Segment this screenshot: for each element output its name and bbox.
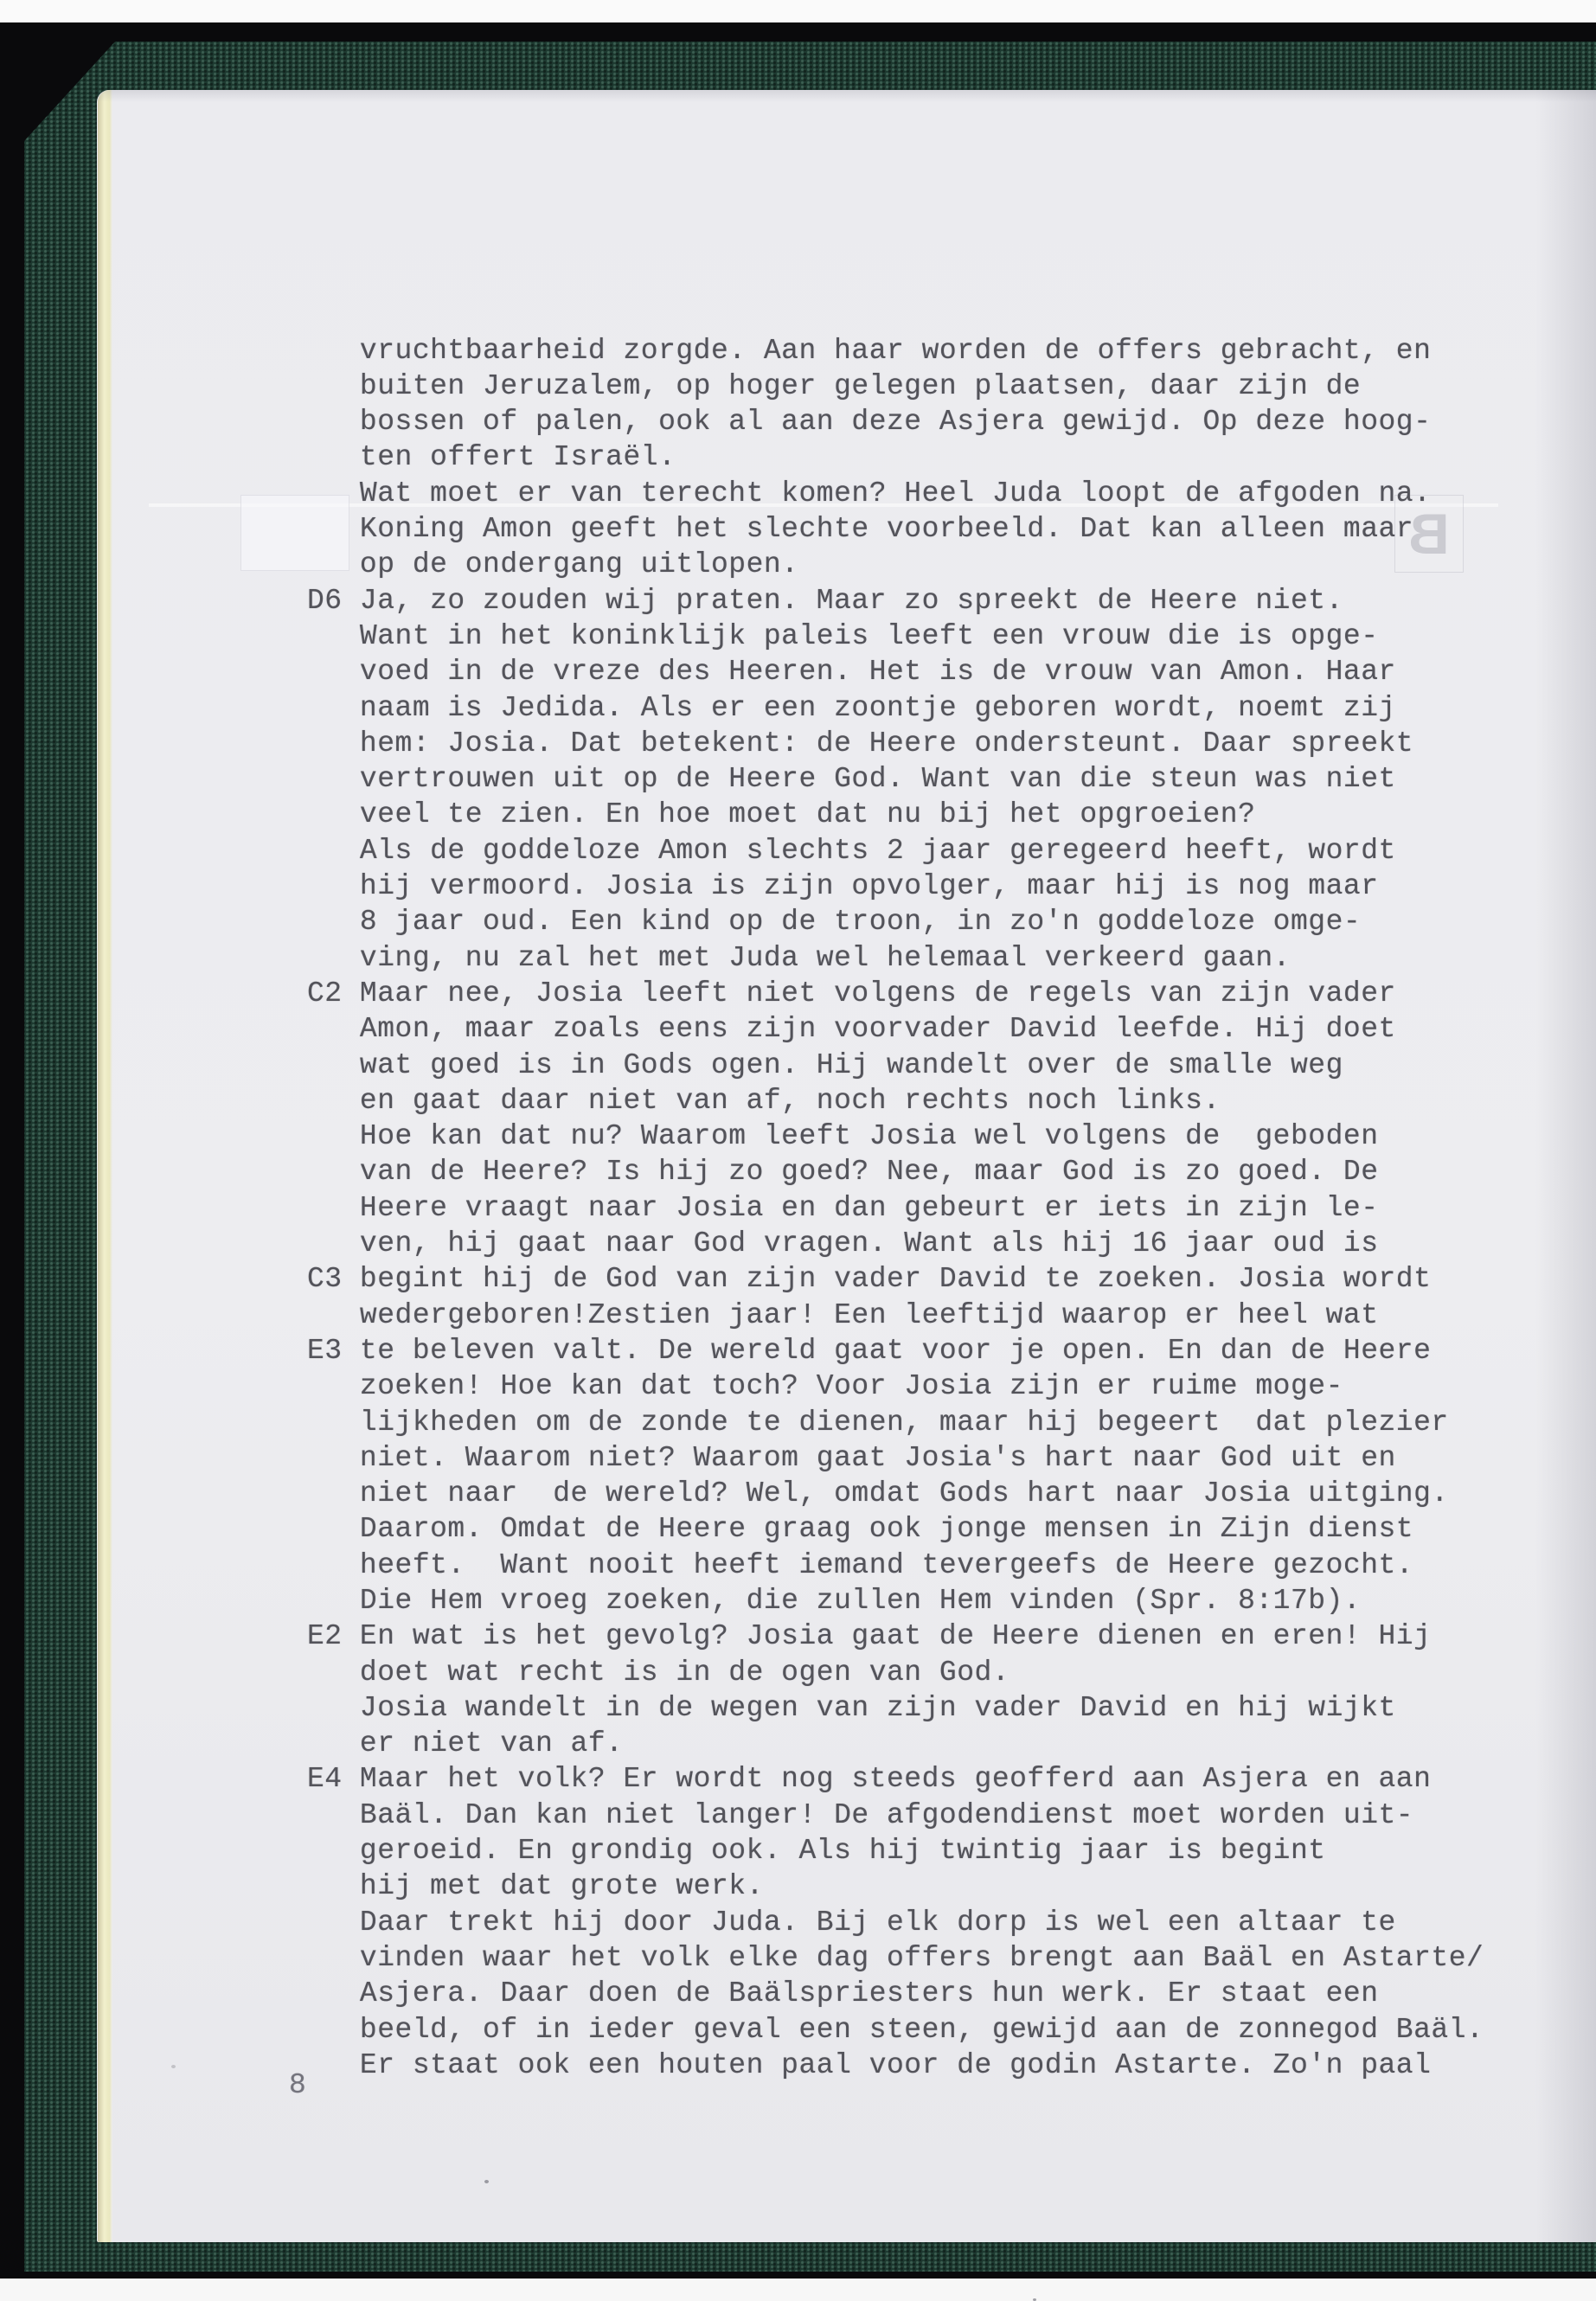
photo-border-top [0,0,1596,22]
text-line: 8 jaar oud. Een kind op de troon, in zo'… [307,904,1484,939]
text-lines: vruchtbaarheid zorgde. Aan haar worden d… [307,333,1484,2084]
dust-speck [171,2065,176,2068]
text-line: naam is Jedida. Als er een zoontje gebor… [307,690,1484,726]
text-line: en gaat daar niet van af, noch rechts no… [307,1083,1484,1118]
text-line: doet wat recht is in de ogen van God. [307,1655,1484,1690]
page-number: 8 [289,2069,306,2101]
photo-border-bottom [0,2279,1596,2301]
dust-speck [484,2180,489,2183]
text-line: er niet van af. [307,1726,1484,1761]
text-line: Baäl. Dan kan niet langer! De afgodendie… [307,1798,1484,1833]
text-line: Asjera. Daar doen de Baälspriesters hun … [307,1976,1484,2011]
text-line: C2 Maar nee, Josia leeft niet volgens de… [307,976,1484,1011]
scanned-book-page-photo: B vruchtbaarheid zorgde. Aan haar worden… [0,0,1596,2301]
text-line: Als de goddeloze Amon slechts 2 jaar ger… [307,833,1484,868]
text-line: Josia wandelt in de wegen van zijn vader… [307,1690,1484,1726]
text-line: niet naar de wereld? Wel, omdat Gods har… [307,1476,1484,1511]
text-line: wat goed is in Gods ogen. Hij wandelt ov… [307,1048,1484,1083]
text-line: geroeid. En grondig ook. Als hij twintig… [307,1833,1484,1868]
text-line: bossen of palen, ook al aan deze Asjera … [307,404,1484,439]
text-line: niet. Waarom niet? Waarom gaat Josia's h… [307,1440,1484,1476]
text-line: Daarom. Omdat de Heere graag ook jonge m… [307,1511,1484,1547]
typewritten-text: vruchtbaarheid zorgde. Aan haar worden d… [307,261,1484,2155]
text-line: E3 te beleven valt. De wereld gaat voor … [307,1333,1484,1368]
text-line: Heere vraagt naar Josia en dan gebeurt e… [307,1190,1484,1226]
page-stack-edge [98,90,112,2242]
text-line: Die Hem vroeg zoeken, die zullen Hem vin… [307,1583,1484,1618]
text-line: ten offert Israël. [307,439,1484,475]
text-line: Hoe kan dat nu? Waarom leeft Josia wel v… [307,1118,1484,1154]
text-line: Wat moet er van terecht komen? Heel Juda… [307,476,1484,511]
text-line: hij vermoord. Josia is zijn opvolger, ma… [307,868,1484,904]
text-line: hem: Josia. Dat betekent: de Heere onder… [307,726,1484,761]
text-line: hij met dat grote werk. [307,1868,1484,1904]
text-line: vruchtbaarheid zorgde. Aan haar worden d… [307,333,1484,369]
text-line: op de ondergang uitlopen. [307,547,1484,582]
text-line: Er staat ook een houten paal voor de god… [307,2048,1484,2083]
text-line: veel te zien. En hoe moet dat nu bij het… [307,797,1484,832]
text-line: D6 Ja, zo zouden wij praten. Maar zo spr… [307,583,1484,619]
page-top-shadow [97,90,1596,102]
text-line: van de Heere? Is hij zo goed? Nee, maar … [307,1154,1484,1189]
text-line: lijkheden om de zonde te dienen, maar hi… [307,1405,1484,1440]
text-line: wedergeboren!Zestien jaar! Een leeftijd … [307,1298,1484,1333]
page: B vruchtbaarheid zorgde. Aan haar worden… [97,90,1596,2242]
text-line: Amon, maar zoals eens zijn voorvader Dav… [307,1011,1484,1047]
text-line: vertrouwen uit op de Heere God. Want van… [307,761,1484,797]
text-line: beeld, of in ieder geval een steen, gewi… [307,2012,1484,2048]
text-line: C3 begint hij de God van zijn vader Davi… [307,1261,1484,1297]
text-line: Daar trekt hij door Juda. Bij elk dorp i… [307,1905,1484,1940]
text-line: voed in de vreze des Heeren. Het is de v… [307,654,1484,689]
text-line: ven, hij gaat naar God vragen. Want als … [307,1226,1484,1261]
text-line: heeft. Want nooit heeft iemand tevergeef… [307,1548,1484,1583]
text-line: buiten Jeruzalem, op hoger gelegen plaat… [307,369,1484,404]
text-line: E4 Maar het volk? Er wordt nog steeds ge… [307,1761,1484,1797]
text-line: E2 En wat is het gevolg? Josia gaat de H… [307,1618,1484,1654]
text-line: Want in het koninklijk paleis leeft een … [307,619,1484,654]
text-line: zoeken! Hoe kan dat toch? Voor Josia zij… [307,1368,1484,1404]
page-right-shadow [1535,90,1596,2242]
text-line: ving, nu zal het met Juda wel helemaal v… [307,940,1484,976]
text-line: vinden waar het volk elke dag offers bre… [307,1940,1484,1976]
text-line: Koning Amon geeft het slechte voorbeeld.… [307,511,1484,547]
